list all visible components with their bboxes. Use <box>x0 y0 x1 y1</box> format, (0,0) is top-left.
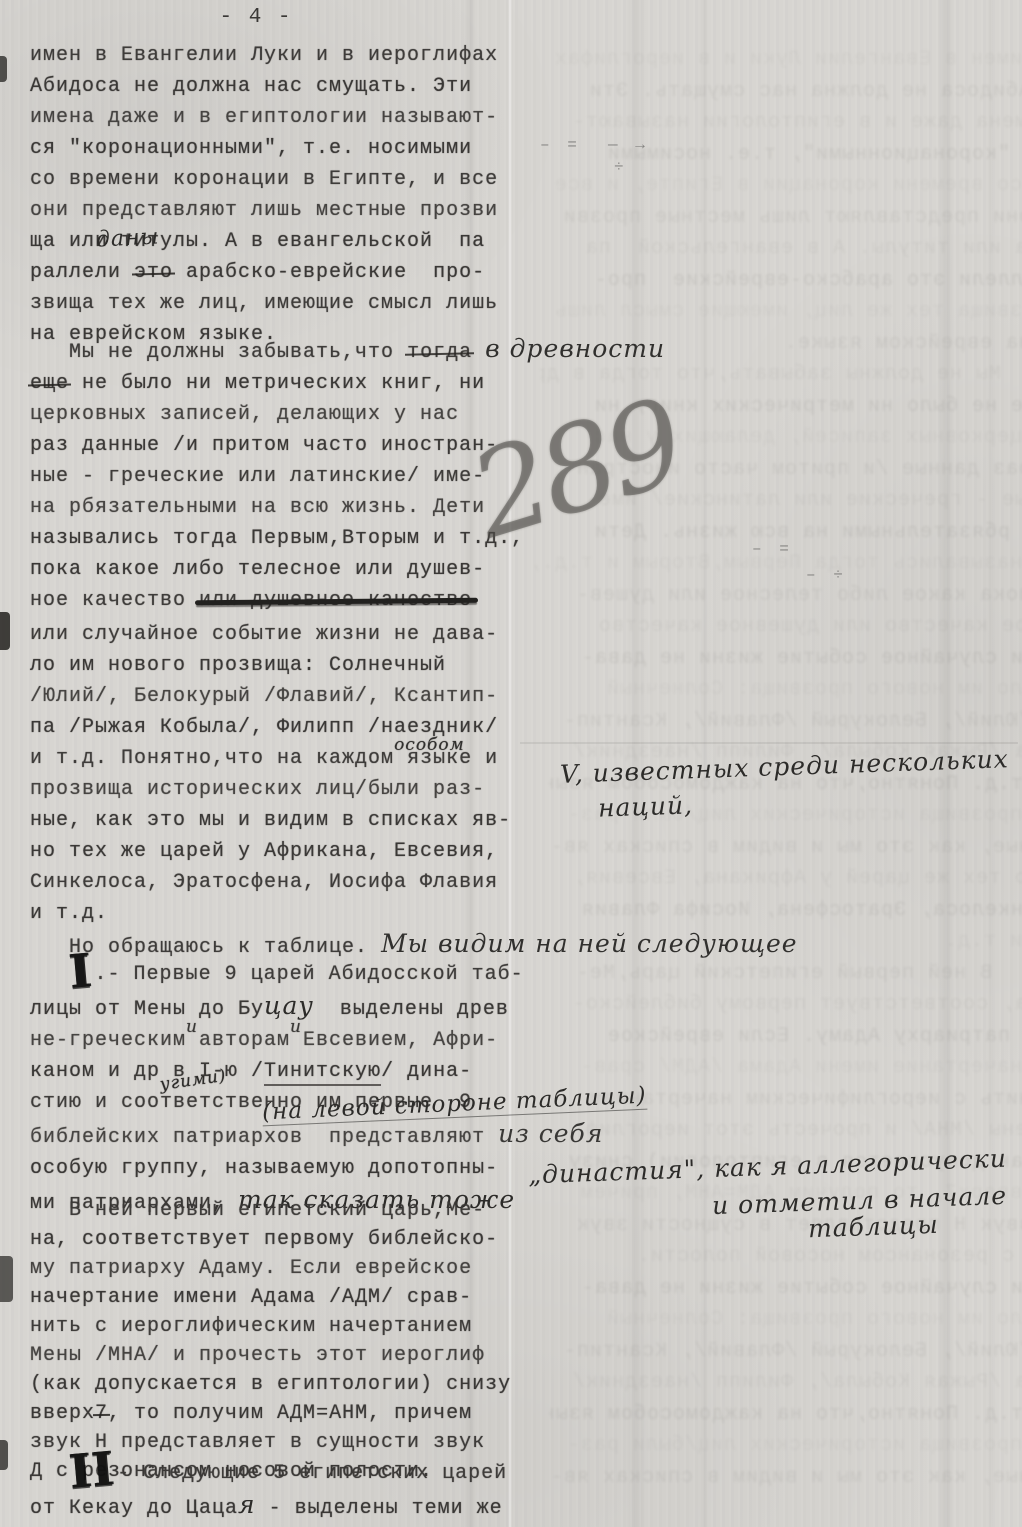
text-segment: языке и <box>394 747 498 770</box>
handwritten-inline: Мы видим на ней следующее <box>381 929 798 958</box>
text-segment: назывались тогда Первым,Вторым и т.д., <box>30 527 524 550</box>
typed-line: прозвища исторических лиц/были раз- <box>30 774 560 805</box>
handwritten-inline: из себя <box>498 1119 603 1148</box>
text-segment: особую группу, называемую допотопны- <box>30 1157 498 1180</box>
typed-line: раллели это арабско-еврейские про- <box>30 257 560 288</box>
bleed-through-line: /Юлий/, Белокурый /Флавий/, Ксантип- <box>531 1340 1022 1366</box>
text-segment: - Следующие 5 египетских царей <box>117 1462 507 1485</box>
page-number: - 4 - <box>196 6 316 29</box>
text-segment: звища тех же лиц, имеющие смысл лишь <box>30 292 498 315</box>
text-segment: арабско-еврейские про- <box>173 261 485 284</box>
typed-line: па /Рыжая Кобыла/, Филипп /наездник/ <box>30 712 560 743</box>
bleed-through-line: но тех же царей у Африкана, Евсевия, <box>540 867 1022 893</box>
bleed-through-line: Д с резонансом носовой полости. <box>540 1245 1022 1271</box>
edge-smudge <box>0 612 10 650</box>
text-segment: .- Первые 9 царей Абидосской таб- <box>95 963 524 986</box>
text-segment: вверх <box>30 1402 95 1425</box>
typed-line: и т.д. <box>30 898 560 929</box>
bleed-through-line: ные, как это мы и видим в списках яв- <box>531 836 1022 862</box>
text-segment: ное качество <box>30 589 199 612</box>
text-segment: 7 <box>95 1402 108 1425</box>
typed-line: ные, как это мы и видим в списках яв- <box>30 805 560 836</box>
text-segment: церковных записей, делающих у нас <box>30 403 459 426</box>
typed-line: (как допускается в египтологии) снизу <box>30 1370 560 1399</box>
text-segment: они представляют лишь местные прозви <box>30 199 498 222</box>
text-segment <box>30 1462 69 1485</box>
bleed-through-line: начертание имени Адама /АДМ/ срав- <box>522 1056 1022 1082</box>
faint-mark: – ÷ <box>806 566 847 584</box>
bleed-through-line: му патриарху Адаму. Если еврейское <box>549 1025 1022 1051</box>
typed-section-II: II- Следующие 5 египетских царейот Кекау… <box>30 1458 560 1524</box>
bleed-through-line: на, соответствует первому библейско- <box>540 993 1022 1019</box>
text-segment: не было ни метрических книг, ни <box>69 372 485 395</box>
bleed-through-line: имен в Евангелии Луки и в иероглифах <box>522 48 1022 74</box>
handwritten-inline: я <box>238 1490 256 1519</box>
text-segment: авторам <box>186 1029 290 1052</box>
typed-line: I.- Первые 9 царей Абидосской таб- <box>30 959 560 990</box>
text-segment: Мы не должны забывать,что <box>30 341 407 364</box>
bleed-through-line: со времени коронации в Египте, и все <box>522 174 1022 200</box>
text-segment: ные - греческие или латинские/ име- <box>30 465 485 488</box>
typed-line: /Юлий/, Белокурый /Флавий/, Ксантип- <box>30 681 560 712</box>
text-segment: ся "коронационными", т.е. носимыми <box>30 137 472 160</box>
typed-line: они представляют лишь местные прозви <box>30 195 560 226</box>
text-segment: со времени коронации в Египте, и все <box>30 168 498 191</box>
typed-line: нить с иероглифическим начертанием <box>30 1312 560 1341</box>
typed-line: Но обращаюсь к таблице. Мы видим на ней … <box>30 928 560 963</box>
text-segment: раллели <box>30 261 134 284</box>
text-segment: , то получим АДМ=АНМ, причем <box>108 1402 472 1425</box>
typed-line: или случайное событие жизни не дава- <box>30 619 560 650</box>
bleed-through-line: ное качество или душевное качество <box>540 615 1022 641</box>
text-segment: на, соответствует первому библейско- <box>30 1228 498 1251</box>
text-segment: начертание имени Адама /АДМ/ срав- <box>30 1286 472 1309</box>
text-segment: каном и др <box>30 1060 160 1083</box>
text-segment: но тех же царей у Африкана, Евсевия, <box>30 840 498 863</box>
text-segment <box>30 963 69 986</box>
bleed-through-line: имена даже и в египтологии называют- <box>540 111 1022 137</box>
text-segment: прозвища исторических лиц/были раз- <box>30 778 485 801</box>
typed-line: каном и другими) в I-ю /Тинитскую/ дина- <box>30 1056 560 1087</box>
text-segment: - выделены теми же <box>256 1497 503 1520</box>
typed-line: не-греческими авторами Евсевием, Афри- <box>30 1025 560 1056</box>
text-segment: нить с иероглифическим начертанием <box>30 1315 472 1338</box>
text-segment: не-греческим <box>30 1029 186 1052</box>
faint-mark: – = <box>752 540 793 558</box>
text-segment: и т.д. <box>30 902 108 925</box>
bleed-through-line: ные, как это мы и видим в списках яв- <box>531 1466 1022 1492</box>
text-segment: В ней первый египетский царь,Ме- <box>30 1199 485 1222</box>
text-segment: му патриарху Адаму. Если еврейское <box>30 1257 472 1280</box>
text-segment: в I-ю / <box>160 1060 264 1083</box>
text-segment: Мены /МНА/ и прочесть этот иероглиф <box>30 1344 485 1367</box>
edge-smudge <box>0 1256 13 1302</box>
text-segment: или душевное качество <box>199 589 472 612</box>
bleed-through-line: В ней первый египетский царь,Ме- <box>531 962 1022 988</box>
typed-line: Синкелоса, Эратосфена, Иосифа Флавия <box>30 867 560 898</box>
bleed-through-line: па /Рыжая Кобыла/, Филипп /наездник/ <box>540 1371 1022 1397</box>
bleed-through-line: /Юлий/, Белокурый /Флавий/, Ксантип- <box>531 710 1022 736</box>
typed-line: имен в Евангелии Луки и в иероглифах <box>30 40 560 71</box>
bleed-through-line: раллели это арабско-еврейские про- <box>549 269 1022 295</box>
bleed-through-line: прозвища исторических лиц/были раз- <box>522 1434 1022 1460</box>
typed-line: ло им нового прозвища: Солнечный <box>30 650 560 681</box>
bleed-through-line: Синкелоса, Эратосфена, Иосифа Флавия <box>549 899 1022 925</box>
typed-line: Абидоса не должна нас смущать. Эти <box>30 71 560 102</box>
bleed-through-line: они представляют лишь местные прозви <box>531 206 1022 232</box>
text-segment: II <box>69 1463 115 1477</box>
handwritten-margin-note-line2: наций, <box>598 790 694 822</box>
text-segment: Синкелоса, Эратосфена, Иосифа Флавия <box>30 871 498 894</box>
text-segment: Евсевием, Афри- <box>290 1029 498 1052</box>
text-segment: еще <box>30 372 69 395</box>
text-segment: выделены древ <box>314 998 509 1021</box>
handwritten-correction-dany: даны <box>95 224 160 252</box>
bleed-through-line: звища тех же лиц, имеющие смысл лишь <box>522 300 1022 326</box>
typed-line: особую группу, называемую допотопны- <box>30 1153 560 1184</box>
text-segment: на рбязательными на всю жизнь. Дети <box>30 496 485 519</box>
typed-line: начертание имени Адама /АДМ/ срав- <box>30 1283 560 1312</box>
paper-crease-horizontal <box>520 742 1018 744</box>
edge-smudge <box>0 1440 8 1470</box>
bleed-through-line: ща или титулы. А в евангельской па <box>540 237 1022 263</box>
bleed-through-line: ло им нового прозвища: Солнечный <box>522 1308 1022 1334</box>
text-segment: от Кекау до Цаца <box>30 1497 238 1520</box>
bleed-through-line: или случайное событие жизни не дава- <box>549 647 1022 673</box>
faint-mark: – = — → <box>540 136 649 154</box>
typed-line: Мы не должны забывать,что тогда в древно… <box>30 333 560 368</box>
bleed-through-line: или случайное событие жизни не дава- <box>549 1277 1022 1303</box>
typed-line: назывались тогда Первым,Вторым и т.д., <box>30 523 560 554</box>
typed-line: со времени коронации в Египте, и все <box>30 164 560 195</box>
typed-line: му патриарху Адаму. Если еврейское <box>30 1254 560 1283</box>
text-segment: или случайное событие жизни не дава- <box>30 623 498 646</box>
typed-line: Мены /МНА/ и прочесть этот иероглиф <box>30 1341 560 1370</box>
text-segment: / дина- <box>381 1060 472 1083</box>
faint-mark: ÷ <box>614 158 628 176</box>
text-segment: /Юлий/, Белокурый /Флавий/, Ксантип- <box>30 685 498 708</box>
text-segment: это <box>134 261 173 284</box>
bleed-through-line: ло им нового прозвища: Солнечный <box>522 678 1022 704</box>
typed-line: II- Следующие 5 египетских царей <box>30 1458 560 1489</box>
text-segment: Абидоса не должна нас смущать. Эти <box>30 75 472 98</box>
text-segment: (как допускается в египтологии) снизу <box>30 1373 511 1396</box>
typed-line: В ней первый египетский царь,Ме- <box>30 1196 560 1225</box>
typed-paragraph-1: имен в Евангелии Луки и в иероглифахАбид… <box>30 40 560 350</box>
bleed-through-line: Мены /МНА/ и прочесть этот иероглиф <box>540 1119 1022 1145</box>
text-segment: и т.д. Понятно,что на каждом <box>30 747 394 770</box>
typed-paragraph-4: Но обращаюсь к таблице. Мы видим на ней … <box>30 928 560 963</box>
scanned-document-page: имен в Евангелии Луки и в иероглифахАбид… <box>0 0 1022 1527</box>
handwritten-inline: цау <box>264 991 314 1020</box>
typed-line: но тех же царей у Африкана, Евсевия, <box>30 836 560 867</box>
text-segment: библейских патриархов представляют <box>30 1126 498 1149</box>
text-segment: лицы от Мены до Бу <box>30 998 264 1021</box>
typed-line: ся "коронационными", т.е. носимыми <box>30 133 560 164</box>
bleed-through-line: прозвища исторических лиц/были раз- <box>522 804 1022 830</box>
text-segment: имена даже и в египтологии называют- <box>30 106 498 129</box>
text-segment: ло им нового прозвища: Солнечный <box>30 654 446 677</box>
typed-line: ное качество или душевное качество <box>30 585 560 616</box>
handwritten-inline: в древности <box>485 334 665 363</box>
bleed-through-line: Абидоса не должна нас смущать. Эти <box>531 80 1022 106</box>
edge-smudge <box>0 56 7 82</box>
typed-line: еще не было ни метрических книг, ни <box>30 368 560 399</box>
text-segment: раз данные /и притом часто иностран- <box>30 434 498 457</box>
handwritten-margin-note-line1: V, известных среди нескольких <box>560 744 1010 789</box>
text-segment: тогда <box>407 341 472 364</box>
text-segment: Тинитскую <box>264 1060 381 1086</box>
text-segment: пока какое либо телесное или душев- <box>30 558 485 581</box>
typed-line: звища тех же лиц, имеющие смысл лишь <box>30 288 560 319</box>
handwritten-note-dynasty-3: таблицы <box>808 1210 940 1244</box>
text-segment: I <box>69 965 92 977</box>
typed-line: на, соответствует первому библейско- <box>30 1225 560 1254</box>
text-segment: ные, как это мы и видим в списках яв- <box>30 809 511 832</box>
bleed-through-line: пока какое либо телесное или душев- <box>531 584 1022 610</box>
text-segment: имен в Евангелии Луки и в иероглифах <box>30 44 498 67</box>
typed-line: пока какое либо телесное или душев- <box>30 554 560 585</box>
typed-line: имена даже и в египтологии называют- <box>30 102 560 133</box>
typed-line: и т.д. Понятно,что на каждомособом языке… <box>30 743 560 774</box>
text-segment <box>472 341 485 364</box>
typed-paragraph-3: или случайное событие жизни не дава-ло и… <box>30 619 560 929</box>
bleed-through-line: и т.д. Понятно,что на каждомособом языке… <box>549 1403 1022 1429</box>
typed-line: вверх7, то получим АДМ=АНМ, причем <box>30 1399 560 1428</box>
